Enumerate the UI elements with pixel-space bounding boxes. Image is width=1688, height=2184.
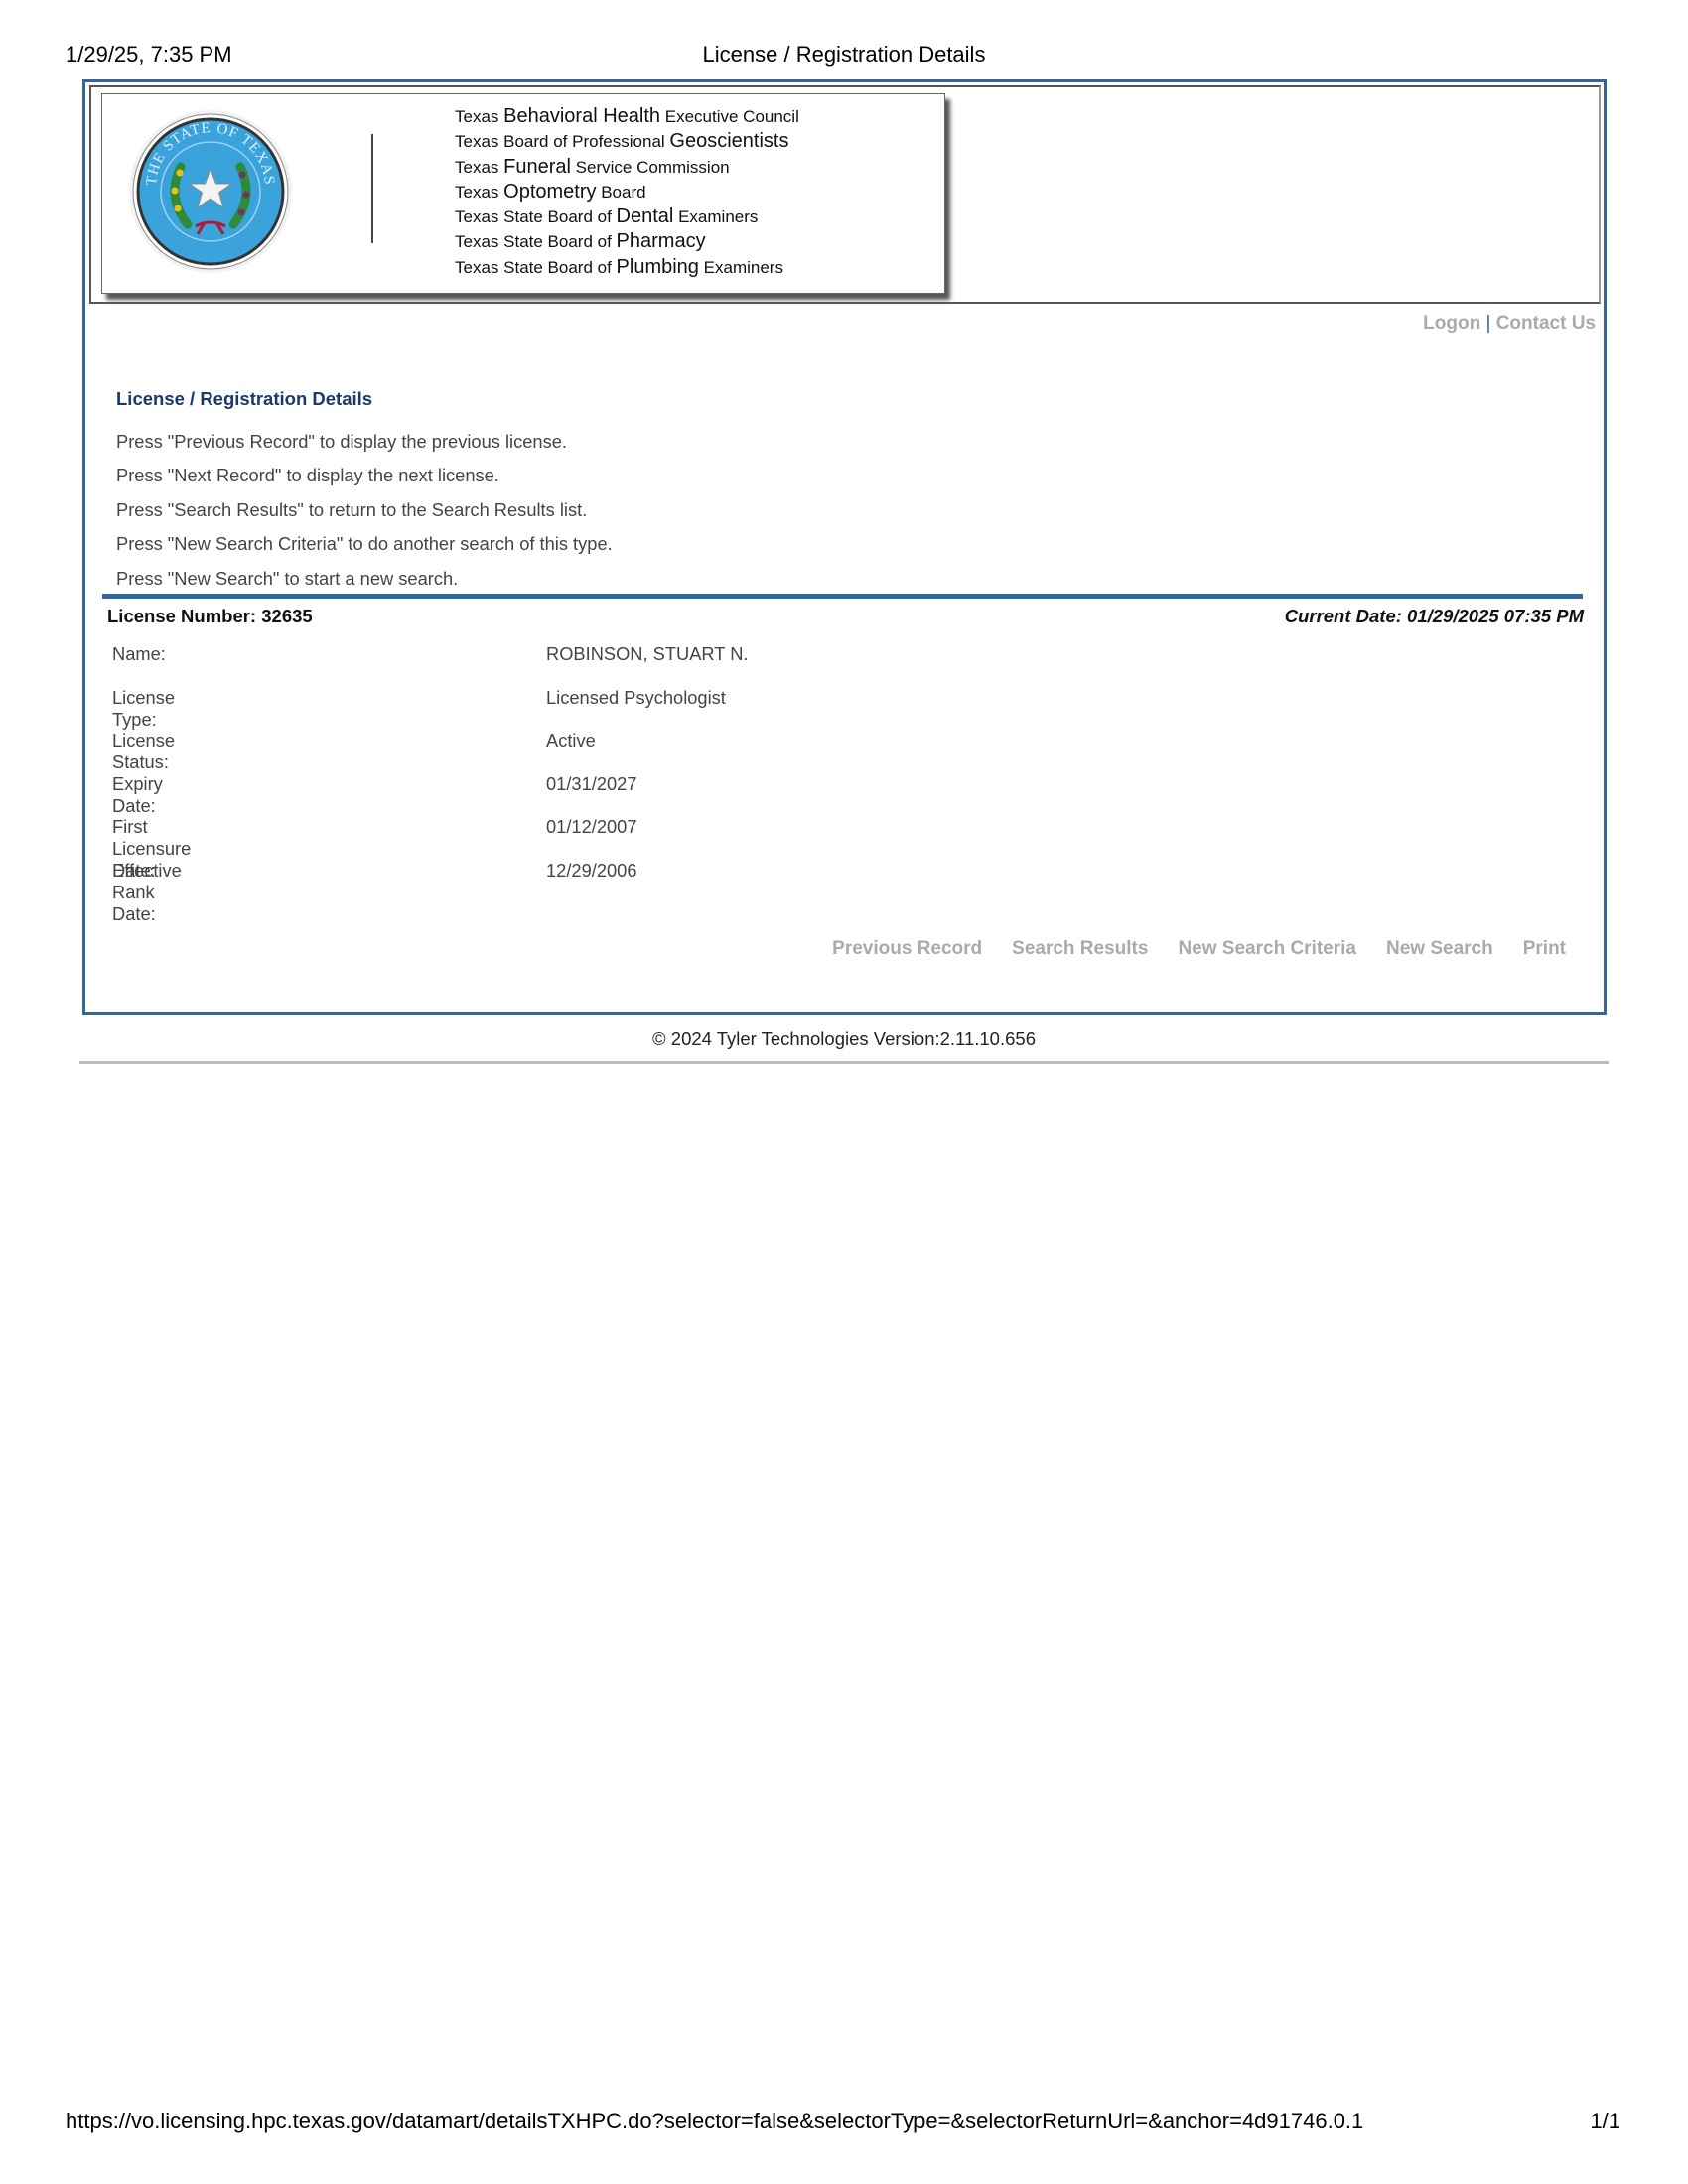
board-name: Texas Behavioral Health Executive Counci…	[455, 104, 799, 129]
detail-value: 01/31/2027	[546, 773, 637, 795]
link-separator: |	[1485, 313, 1490, 334]
print-button[interactable]: Print	[1523, 938, 1566, 960]
texas-state-seal-icon: THE STATE OF TEXAS	[126, 107, 295, 276]
current-date: Current Date: 01/29/2025 07:35 PM	[1285, 606, 1584, 627]
instruction-line: Press "New Search Criteria" to do anothe…	[116, 527, 613, 561]
print-page-number: 1/1	[1590, 2109, 1620, 2134]
board-name: Texas Optometry Board	[455, 180, 799, 205]
new-search-button[interactable]: New Search	[1386, 938, 1493, 960]
license-number: License Number: 32635	[107, 606, 313, 627]
print-page-title: License / Registration Details	[0, 42, 1688, 68]
instruction-line: Press "New Search" to start a new search…	[116, 562, 613, 596]
section-divider	[102, 594, 1583, 599]
print-header: 1/29/25, 7:35 PM License / Registration …	[0, 40, 1688, 69]
page-frame: THE STATE OF TEXAS Texas Behavioral Heal…	[82, 79, 1607, 1015]
section-title: License / Registration Details	[116, 388, 372, 410]
detail-value: Active	[546, 730, 596, 751]
board-name: Texas Board of Professional Geoscientist…	[455, 129, 799, 154]
previous-record-button[interactable]: Previous Record	[832, 938, 982, 960]
detail-value: 01/12/2007	[546, 816, 637, 838]
detail-label: License Status:	[112, 730, 175, 773]
logon-link[interactable]: Logon	[1423, 313, 1480, 334]
instructions: Press "Previous Record" to display the p…	[116, 425, 613, 596]
detail-value: ROBINSON, STUART N.	[546, 643, 749, 665]
detail-label: License Type:	[112, 687, 175, 731]
detail-value: 12/29/2006	[546, 860, 637, 882]
print-url: https://vo.licensing.hpc.texas.gov/datam…	[66, 2109, 1363, 2134]
header-banner: THE STATE OF TEXAS Texas Behavioral Heal…	[89, 85, 1601, 304]
contact-us-link[interactable]: Contact Us	[1496, 313, 1596, 334]
banner-divider	[371, 134, 373, 243]
board-list: Texas Behavioral Health Executive Counci…	[455, 104, 799, 280]
board-name: Texas State Board of Dental Examiners	[455, 205, 799, 229]
detail-label: Effective Rank Date:	[112, 860, 182, 925]
board-name: Texas State Board of Plumbing Examiners	[455, 255, 799, 280]
board-name: Texas State Board of Pharmacy	[455, 229, 799, 254]
detail-label: Expiry Date:	[112, 773, 163, 817]
detail-label: Name:	[112, 643, 166, 665]
record-actions: Previous Record Search Results New Searc…	[802, 938, 1566, 960]
search-results-button[interactable]: Search Results	[1012, 938, 1148, 960]
detail-value: Licensed Psychologist	[546, 687, 726, 709]
instruction-line: Press "Previous Record" to display the p…	[116, 425, 613, 459]
top-links: Logon | Contact Us	[1423, 313, 1596, 335]
agency-banner-image: THE STATE OF TEXAS Texas Behavioral Heal…	[101, 93, 945, 294]
footer-divider	[79, 1061, 1609, 1064]
instruction-line: Press "Search Results" to return to the …	[116, 493, 613, 527]
new-search-criteria-button[interactable]: New Search Criteria	[1178, 938, 1356, 960]
copyright: © 2024 Tyler Technologies Version:2.11.1…	[0, 1028, 1688, 1050]
instruction-line: Press "Next Record" to display the next …	[116, 459, 613, 492]
board-name: Texas Funeral Service Commission	[455, 155, 799, 180]
